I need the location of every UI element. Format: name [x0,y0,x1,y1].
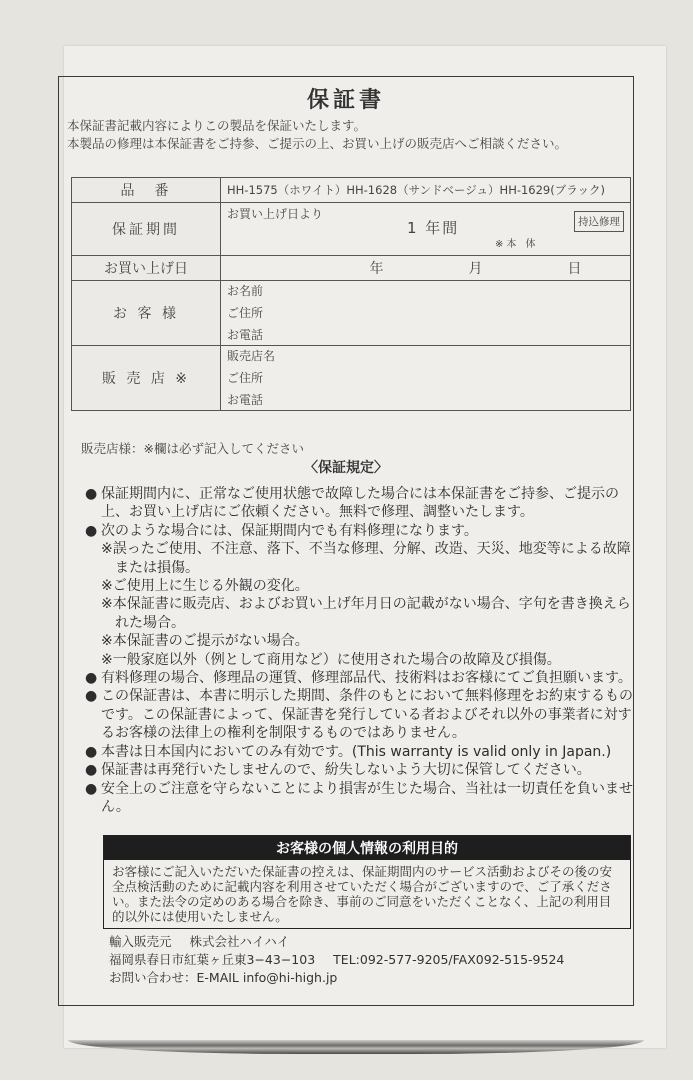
document-title: 保証書 [59,83,633,114]
store-name-field[interactable]: 販売店名 [227,348,624,364]
rule-item: ● 保証書は再発行いたしませんので、紛失しないよう大切に保管してください。 [85,761,633,779]
carry-in-repair-badge: 持込修理 [574,211,624,232]
store-phone-field[interactable]: お電話 [227,392,624,408]
warranty-rules: ● 保証期間内に、正常なご使用状態で故障した場合には本保証書をご持参、ご提示の上… [85,485,633,816]
row-store: 販 売 店 ※ 販売店名 ご住所 お電話 [72,346,631,411]
year-label: 年 [370,258,384,278]
bullet-icon: ● [85,780,97,798]
store-address-field[interactable]: ご住所 [227,370,624,386]
purchase-date-field[interactable]: 年 月 日 [221,256,631,281]
rule-sub-item: ※誤ったご使用、不注意、落下、不当な修理、分解、改造、天災、地変等による故障また… [85,540,633,577]
intro-line-1: 本保証書記載内容によりこの製品を保証いたします。 [67,117,567,135]
rule-sub-item: ※本保証書に販売店、およびお買い上げ年月日の記載がない場合、字句を書き換えられた… [85,595,633,632]
privacy-body: お客様にご記入いただいた保証書の控えは、保証期間内のサービス活動およびその後の安… [104,860,630,928]
intro-text: 本保証書記載内容によりこの製品を保証いたします。 本製品の修理は本保証書をご持参… [67,117,567,153]
customer-label: お 客 様 [72,281,221,346]
product-number-label: 品 番 [72,178,221,203]
period-from-text: お買い上げ日より [227,205,323,222]
customer-name-field[interactable]: お名前 [227,283,624,299]
bullet-icon: ● [85,761,97,779]
bullet-icon: ● [85,687,97,705]
importer-label: 輸入販売元 [109,934,172,949]
seller-note: 販売店様：※欄は必ず記入してください [81,439,304,457]
rule-item: ● 有料修理の場合、修理品の運賃、修理部品代、技術料はお客様にてご負担願います。 [85,669,633,687]
rule-item: ● この保証書は、本書に明示した期間、条件のもとにおいて無料修理をお約束するもの… [85,687,633,742]
period-value: 1 年間 [407,217,459,238]
intro-line-2: 本製品の修理は本保証書をご持参、ご提示の上、お買い上げの販売店へご相談ください。 [67,135,567,153]
rule-item: ● 安全上のご注意を守らないことにより損害が生じた場合、当社は一切責任を負いませ… [85,780,633,817]
customer-phone-field[interactable]: お電話 [227,327,624,343]
address-line: 福岡県春日市紅葉ヶ丘東3−43−103TEL:092-577-9205/FAX0… [109,951,564,969]
warranty-period-cell: お買い上げ日より 1 年間 ※本 体 持込修理 [221,203,631,256]
rule-sub-item: ※本保証書のご提示がない場合。 [85,632,633,650]
store-fields[interactable]: 販売店名 ご住所 お電話 [221,346,631,411]
warranty-form-table: 品 番 HH-1575（ホワイト）HH-1628（サンドベージュ）HH-1629… [71,177,631,411]
product-number-value: HH-1575（ホワイト）HH-1628（サンドベージュ）HH-1629(ブラッ… [221,178,631,203]
warranty-card: 保証書 本保証書記載内容によりこの製品を保証いたします。 本製品の修理は本保証書… [58,76,634,1006]
row-customer: お 客 様 お名前 ご住所 お電話 [72,281,631,346]
warranty-period-label: 保証期間 [72,203,221,256]
company-name: 株式会社ハイハイ [190,934,290,949]
bullet-icon: ● [85,743,97,761]
company-info: 輸入販売元株式会社ハイハイ 福岡県春日市紅葉ヶ丘東3−43−103TEL:092… [109,933,564,987]
rule-item: ● 保証期間内に、正常なご使用状態で故障した場合には本保証書をご持参、ご提示の上… [85,485,633,522]
rule-item: ● 本書は日本国内においてのみ有効です。(This warranty is va… [85,743,633,761]
importer-line: 輸入販売元株式会社ハイハイ [109,933,564,951]
rule-sub-item: ※ご使用上に生じる外観の変化。 [85,577,633,595]
row-product-number: 品 番 HH-1575（ホワイト）HH-1628（サンドベージュ）HH-1629… [72,178,631,203]
bullet-icon: ● [85,485,97,503]
customer-fields[interactable]: お名前 ご住所 お電話 [221,281,631,346]
bullet-icon: ● [85,669,97,687]
month-label: 月 [469,258,483,278]
bullet-icon: ● [85,522,97,540]
privacy-title: お客様の個人情報の利用目的 [104,836,630,860]
purchase-date-label: お買い上げ日 [72,256,221,281]
rule-item: ● 次のような場合には、保証期間内でも有料修理になります。 [85,522,633,540]
warranty-rules-title: 〈保証規定〉 [59,457,633,477]
row-warranty-period: 保証期間 お買い上げ日より 1 年間 ※本 体 持込修理 [72,203,631,256]
store-label: 販 売 店 ※ [72,346,221,411]
customer-address-field[interactable]: ご住所 [227,305,624,321]
privacy-notice: お客様の個人情報の利用目的 お客様にご記入いただいた保証書の控えは、保証期間内の… [103,835,631,929]
day-label: 日 [568,258,582,278]
row-purchase-date: お買い上げ日 年 月 日 [72,256,631,281]
contact-email[interactable]: お問い合わせ：E-MAIL info@hi-high.jp [109,969,564,987]
tel-fax: TEL:092-577-9205/FAX092-515-9524 [333,952,564,967]
period-note: ※本 体 [495,235,539,250]
rule-sub-item: ※一般家庭以外（例として商用など）に使用された場合の故障及び損傷。 [85,651,633,669]
booklet-page-edges [68,1040,644,1054]
company-address: 福岡県春日市紅葉ヶ丘東3−43−103 [109,952,315,967]
